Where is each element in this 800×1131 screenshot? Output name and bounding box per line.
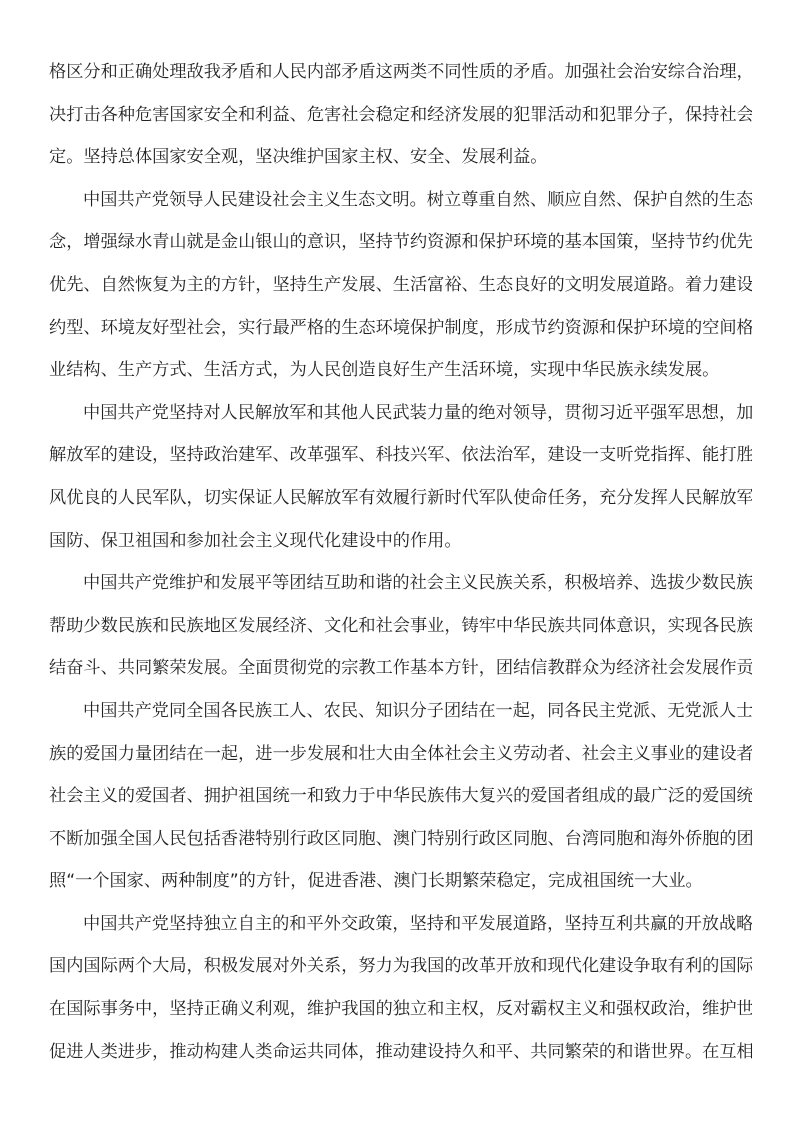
text-line: 格区分和正确处理敌我矛盾和人民内部矛盾这两类不同性质的矛盾。加强社会治安综合治理…: [49, 51, 752, 94]
paragraph-foreign-policy: 中国共产党坚持独立自主的和平外交政策，坚持和平发展道路，坚持互利共赢的开放战略，…: [49, 903, 752, 1073]
text-line: 结奋斗、共同繁荣发展。全面贯彻党的宗教工作基本方针，团结信教群众为经济社会发展作…: [49, 647, 752, 690]
text-line: 中国共产党同全国各民族工人、农民、知识分子团结在一起，同各民主党派、无党派人士、…: [49, 690, 752, 733]
paragraph-national-security: 格区分和正确处理敌我矛盾和人民内部矛盾这两类不同性质的矛盾。加强社会治安综合治理…: [49, 51, 752, 179]
text-line: 中国共产党坚持对人民解放军和其他人民武装力量的绝对领导，贯彻习近平强军思想，加强…: [49, 392, 752, 435]
text-line: 中国共产党坚持独立自主的和平外交政策，坚持和平发展道路，坚持互利共赢的开放战略，…: [49, 903, 752, 946]
text-line: 族的爱国力量团结在一起，进一步发展和壮大由全体社会主义劳动者、社会主义事业的建设…: [49, 733, 752, 776]
text-line: 约型、环境友好型社会，实行最严格的生态环境保护制度，形成节约资源和保护环境的空间…: [49, 307, 752, 350]
text-line: 定。坚持总体国家安全观，坚决维护国家主权、安全、发展利益。: [49, 136, 752, 179]
paragraph-united-front: 中国共产党同全国各民族工人、农民、知识分子团结在一起，同各民主党派、无党派人士、…: [49, 690, 752, 903]
document-page: 格区分和正确处理敌我矛盾和人民内部矛盾这两类不同性质的矛盾。加强社会治安综合治理…: [49, 51, 752, 1073]
text-line: 社会主义的爱国者、拥护祖国统一和致力于中华民族伟大复兴的爱国者组成的最广泛的爱国…: [49, 775, 752, 818]
text-line: 中国共产党维护和发展平等团结互助和谐的社会主义民族关系，积极培养、选拔少数民族干…: [49, 562, 752, 605]
text-line: 业结构、生产方式、生活方式，为人民创造良好生产生活环境，实现中华民族永续发展。: [49, 349, 752, 392]
paragraph-ecological-civilization: 中国共产党领导人民建设社会主义生态文明。树立尊重自然、顺应自然、保护自然的生态文…: [49, 179, 752, 392]
text-line: 照“一个国家、两种制度”的方针，促进香港、澳门长期繁荣稳定，完成祖国统一大业。: [49, 860, 752, 903]
text-line: 国防、保卫祖国和参加社会主义现代化建设中的作用。: [49, 520, 752, 563]
text-line: 不断加强全国人民包括香港特别行政区同胞、澳门特别行政区同胞、台湾同胞和海外侨胞的…: [49, 818, 752, 861]
text-line: 中国共产党领导人民建设社会主义生态文明。树立尊重自然、顺应自然、保护自然的生态文…: [49, 179, 752, 222]
text-line: 决打击各种危害国家安全和利益、危害社会稳定和经济发展的犯罪活动和犯罪分子，保持社…: [49, 94, 752, 137]
text-line: 国内国际两个大局，积极发展对外关系，努力为我国的改革开放和现代化建设争取有利的国…: [49, 945, 752, 988]
paragraph-ethnic-relations: 中国共产党维护和发展平等团结互助和谐的社会主义民族关系，积极培养、选拔少数民族干…: [49, 562, 752, 690]
text-line: 帮助少数民族和民族地区发展经济、文化和社会事业，铸牢中华民族共同体意识，实现各民…: [49, 605, 752, 648]
text-line: 解放军的建设，坚持政治建军、改革强军、科技兴军、依法治军，建设一支听党指挥、能打…: [49, 434, 752, 477]
text-line: 念，增强绿水青山就是金山银山的意识，坚持节约资源和保护环境的基本国策，坚持节约优…: [49, 221, 752, 264]
text-line: 在国际事务中，坚持正确义利观，维护我国的独立和主权，反对霸权主义和强权政治，维护…: [49, 988, 752, 1031]
text-line: 优先、自然恢复为主的方针，坚持生产发展、生活富裕、生态良好的文明发展道路。着力建…: [49, 264, 752, 307]
paragraph-peoples-army: 中国共产党坚持对人民解放军和其他人民武装力量的绝对领导，贯彻习近平强军思想，加强…: [49, 392, 752, 562]
text-line: 促进人类进步，推动构建人类命运共同体，推动建设持久和平、共同繁荣的和谐世界。在互…: [49, 1031, 752, 1074]
text-line: 风优良的人民军队，切实保证人民解放军有效履行新时代军队使命任务，充分发挥人民解放…: [49, 477, 752, 520]
